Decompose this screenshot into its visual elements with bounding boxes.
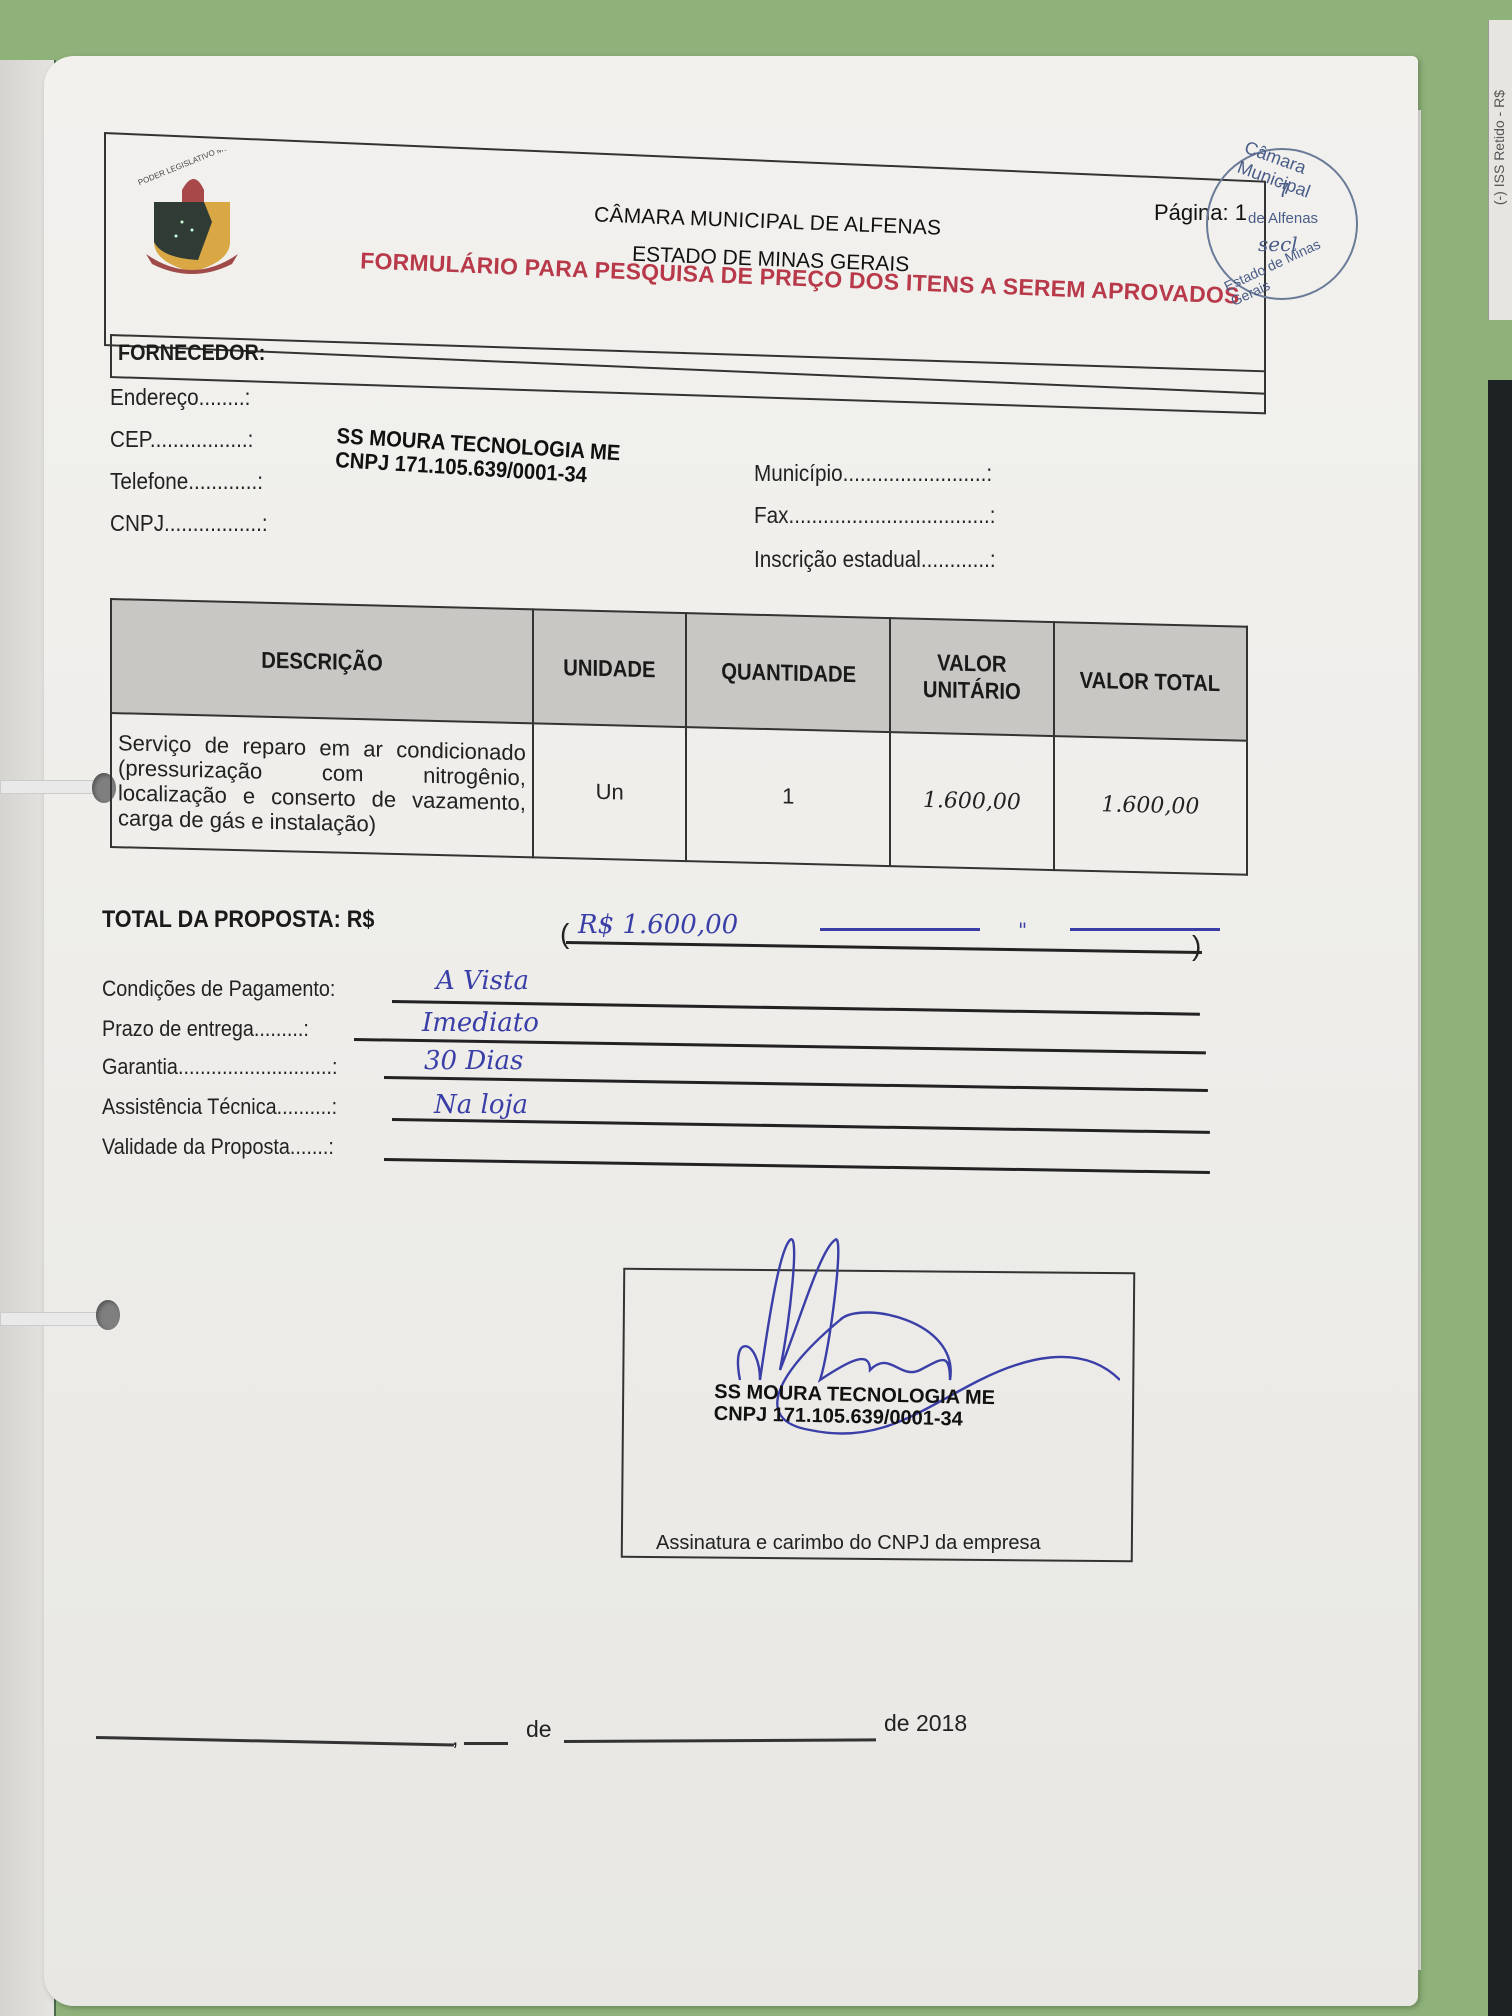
stamp-city: de Alfenas: [1248, 210, 1318, 227]
date-year-label: de 2018: [884, 1710, 967, 1737]
signature-caption: Assinatura e carimbo do CNPJ da empresa: [656, 1532, 1041, 1555]
item-quantity: 1: [686, 727, 890, 866]
item-unit-value: 1.600,00: [890, 732, 1054, 870]
binder-ring-hole-bottom: [96, 1300, 120, 1330]
header-unit: UNIDADE: [533, 609, 687, 727]
proposal-validity-label: Validade da Proposta.......:: [102, 1134, 334, 1160]
state-registration-field-label: Inscrição estadual............:: [754, 546, 996, 573]
address-field-label: Endereço........:: [110, 384, 250, 411]
total-dash-1: [820, 928, 980, 931]
date-day-line: [464, 1742, 508, 1745]
header-quantity: QUANTIDADE: [686, 613, 890, 732]
phone-field-label: Telefone............:: [110, 468, 263, 495]
background-document-strip: (-) ISS Retido - R$: [1488, 20, 1512, 320]
payment-terms-value: A Vista: [436, 966, 529, 996]
header-total-value: VALOR TOTAL: [1054, 622, 1247, 741]
warranty-value: 30 Dias: [424, 1046, 523, 1076]
warranty-label: Garantia............................:: [102, 1054, 337, 1080]
items-table: DESCRIÇÃO UNIDADE QUANTIDADE VALOR UNITÁ…: [110, 598, 1248, 876]
binder-ring-bar-bottom: [0, 1312, 102, 1326]
cep-field-label: CEP.................:: [110, 426, 253, 453]
official-seal-stamp: Câmara Municipal 7 de Alfenas secl Estad…: [1206, 148, 1358, 300]
signature-company-stamp: SS MOURA TECNOLOGIA ME CNPJ 171.105.639/…: [714, 1381, 996, 1431]
municipality-field-label: Município.........................:: [754, 460, 992, 487]
fax-field-label: Fax...................................:: [754, 502, 996, 529]
coat-of-arms-logo-icon: PODER LEGISLATIVO MUNICIPAL: [132, 150, 252, 280]
technical-support-label: Assistência Técnica..........:: [102, 1094, 337, 1120]
stamp-number: 7: [1278, 180, 1289, 203]
cnpj-field-label: CNPJ.................:: [110, 510, 268, 537]
delivery-time-value: Imediato: [422, 1008, 539, 1038]
total-paren-open: (: [560, 918, 569, 950]
item-total-value: 1.600,00: [1054, 736, 1247, 875]
background-strip-text: (-) ISS Retido - R$: [1491, 90, 1507, 205]
payment-terms-label: Condições de Pagamento:: [102, 976, 335, 1002]
total-proposal-value: R$ 1.600,00: [578, 910, 738, 940]
item-unit: Un: [533, 723, 687, 861]
date-de-label: de: [526, 1716, 552, 1743]
binder-ring-bar-top: [0, 780, 102, 794]
date-comma: ,: [452, 1724, 458, 1751]
technical-support-value: Na loja: [434, 1090, 528, 1120]
delivery-time-label: Prazo de entrega.........:: [102, 1016, 309, 1042]
total-dash-mark: ": [1018, 918, 1027, 942]
background-dark-edge: [1488, 380, 1512, 2016]
supplier-section-label: FORNECEDOR:: [118, 340, 265, 366]
total-paren-close: ): [1192, 930, 1201, 962]
item-description: Serviço de reparo em ar condicionado (pr…: [111, 713, 533, 857]
header-description: DESCRIÇÃO: [111, 599, 533, 723]
table-row: Serviço de reparo em ar condicionado (pr…: [111, 713, 1247, 875]
header-unit-value: VALOR UNITÁRIO: [890, 618, 1054, 736]
total-proposal-label: TOTAL DA PROPOSTA: R$: [102, 906, 374, 934]
